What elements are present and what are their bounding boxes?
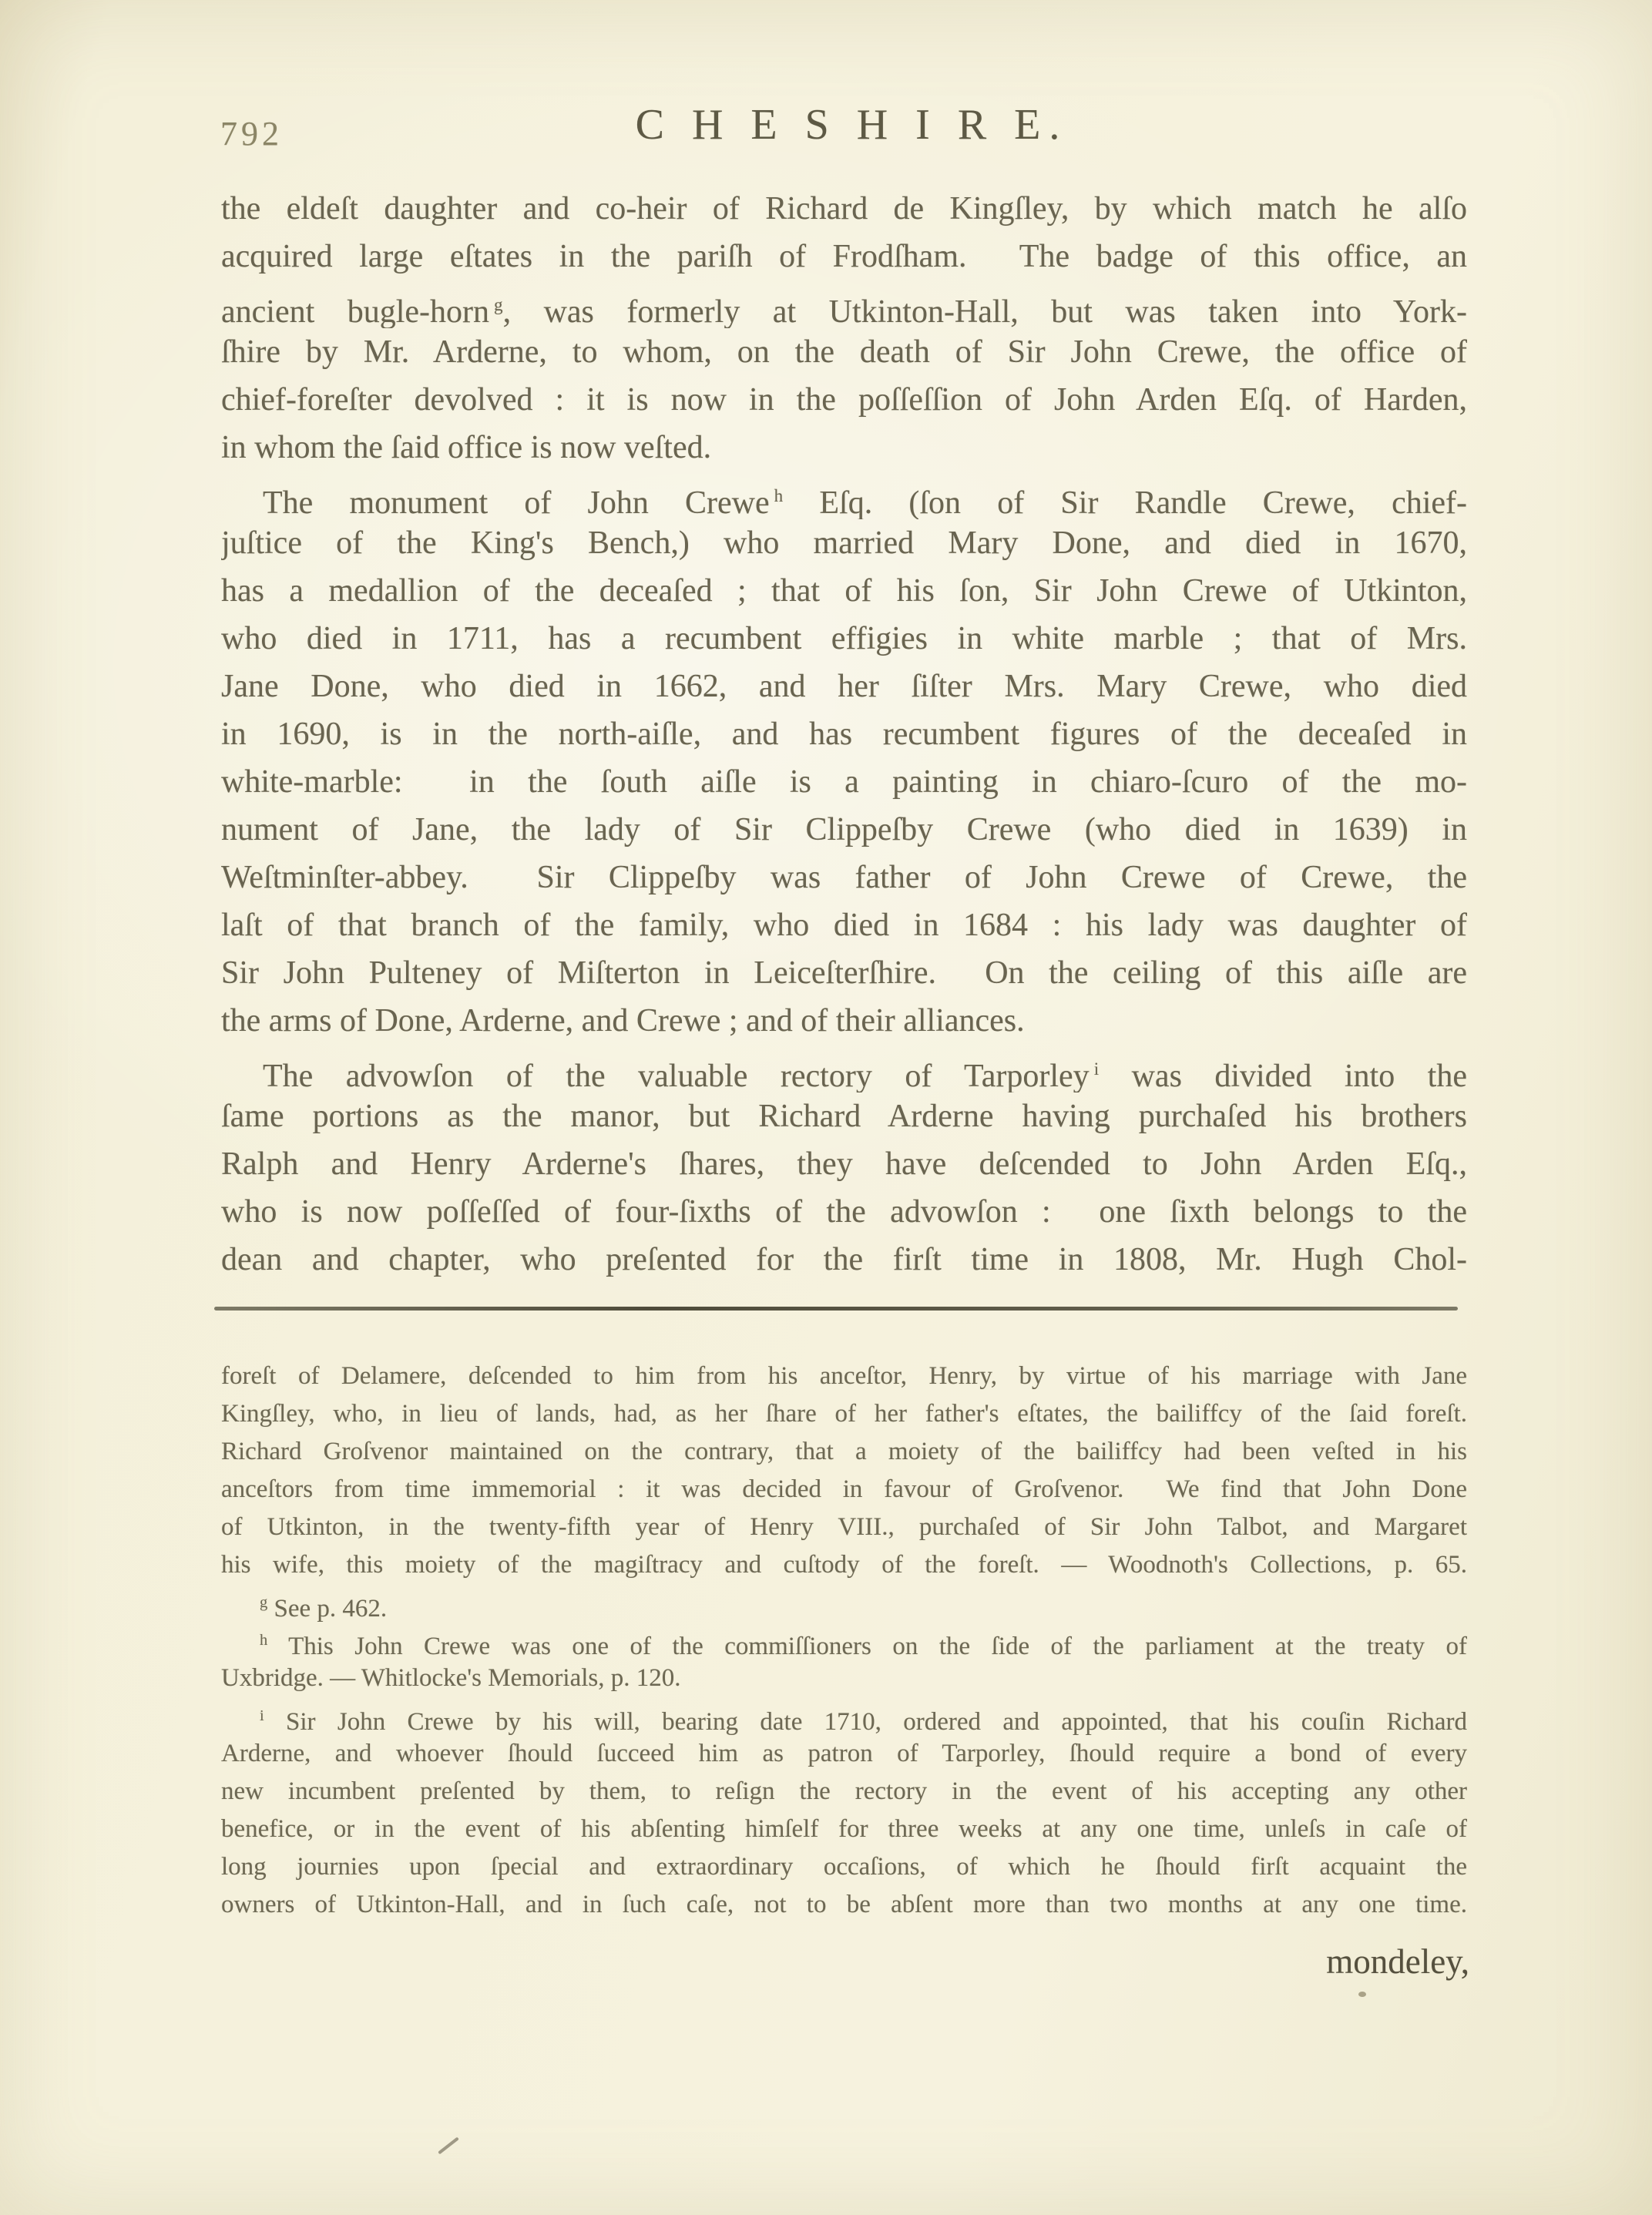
line-text: ancient bugle-horn	[221, 294, 489, 328]
body-line: ſhire by Mr. Arderne, to whom, on the de…	[221, 328, 1467, 376]
body-line: in whom the ſaid office is now veſted.	[221, 424, 1467, 472]
footnote-marker-g: g	[260, 1594, 267, 1611]
footnote-ref-h: h	[774, 485, 784, 505]
footnote-line: new incumbent preſented by them, to reſi…	[221, 1773, 1467, 1811]
footnote-line: foreſt of Delamere, deſcended to him fro…	[221, 1358, 1467, 1395]
book-page-scan: 792 C H E S H I R E. the eldeſt daughter…	[0, 0, 1652, 2215]
body-line: ancient bugle-horng, was formerly at Utk…	[221, 280, 1467, 328]
body-line: Sir John Pulteney of Miſterton in Leiceſ…	[221, 949, 1467, 997]
body-line: nument of Jane, the lady of Sir Clippeſb…	[221, 806, 1467, 854]
footnote-line: Uxbridge. — Whitlocke's Memorials, p. 12…	[221, 1660, 1467, 1697]
footnote-line: his wife, this moiety of the magiſtracy …	[221, 1546, 1467, 1584]
main-text: the eldeſt daughter and co-heir of Richa…	[221, 185, 1467, 1284]
body-line: the eldeſt daughter and co-heir of Richa…	[221, 185, 1467, 233]
body-line: The advowſon of the valuable rectory of …	[221, 1045, 1467, 1092]
line-text: See p. 462.	[267, 1595, 387, 1622]
catchword: mondeley,	[221, 1941, 1469, 1982]
footnote-line: i Sir John Crewe by his will, bearing da…	[221, 1697, 1467, 1735]
body-line: ſame portions as the manor, but Richard …	[221, 1092, 1467, 1140]
line-text: was divided into the	[1099, 1059, 1467, 1092]
body-line: who died in 1711, has a recumbent effigi…	[221, 615, 1467, 663]
footnote-line: Kingſley, who, in lieu of lands, had, as…	[221, 1395, 1467, 1433]
line-text: , was formerly at Utkinton-Hall, but was…	[503, 294, 1467, 328]
footnote-line: Richard Groſvenor maintained on the cont…	[221, 1433, 1467, 1471]
body-line: the arms of Done, Arderne, and Crewe ; a…	[221, 997, 1467, 1045]
running-header: C H E S H I R E.	[229, 100, 1475, 149]
footnote-line: of Utkinton, in the twenty-fifth year of…	[221, 1509, 1467, 1546]
body-line: chief-foreſter devolved : it is now in t…	[221, 376, 1467, 424]
footnote-line: anceſtors from time immemorial : it was …	[221, 1471, 1467, 1509]
footnote-line: benefice, or in the event of his abſenti…	[221, 1811, 1467, 1848]
body-line: Weſtminſter-abbey. Sir Clippeſby was fat…	[221, 854, 1467, 901]
footnote-line: owners of Utkinton-Hall, and in ſuch caſ…	[221, 1886, 1467, 1924]
ink-speck	[1358, 1992, 1366, 1997]
footnote-line: g See p. 462.	[221, 1584, 1467, 1622]
body-line: dean and chapter, who preſented for the …	[221, 1236, 1467, 1284]
body-line: Jane Done, who died in 1662, and her ſiſ…	[221, 663, 1467, 710]
footnote-marker-h: h	[260, 1632, 267, 1649]
pencil-mark	[438, 2137, 459, 2155]
line-text: The advowſon of the valuable rectory of …	[263, 1059, 1090, 1092]
body-line: acquired large eſtates in the pariſh of …	[221, 233, 1467, 280]
line-text: The monument of John Crewe	[263, 485, 770, 519]
body-line: has a medallion of the deceaſed ; that o…	[221, 567, 1467, 615]
body-line: The monument of John Creweh Eſq. (ſon of…	[221, 472, 1467, 519]
body-line: laſt of that branch of the family, who d…	[221, 901, 1467, 949]
footnote-line: Arderne, and whoever ſhould ſucceed him …	[221, 1735, 1467, 1773]
line-text: Eſq. (ſon of Sir Randle Crewe, chief-	[783, 485, 1467, 519]
body-line: juſtice of the King's Bench,) who marrie…	[221, 519, 1467, 567]
footnote-divider	[214, 1307, 1458, 1311]
body-line: Ralph and Henry Arderne's ſhares, they h…	[221, 1140, 1467, 1188]
footnotes: foreſt of Delamere, deſcended to him fro…	[221, 1358, 1467, 1924]
line-text: This John Crewe was one of the commiſſio…	[267, 1633, 1467, 1660]
footnote-line: h This John Crewe was one of the commiſſ…	[221, 1622, 1467, 1660]
footnote-line: long journies upon ſpecial and extraordi…	[221, 1848, 1467, 1886]
body-line: white-marble: in the ſouth aiſle is a pa…	[221, 758, 1467, 806]
body-line: who is now poſſeſſed of four-ſixths of t…	[221, 1188, 1467, 1236]
footnote-ref-g: g	[494, 294, 503, 314]
line-text: Sir John Crewe by his will, bearing date…	[264, 1708, 1467, 1735]
body-line: in 1690, is in the north-aiſle, and has …	[221, 710, 1467, 758]
